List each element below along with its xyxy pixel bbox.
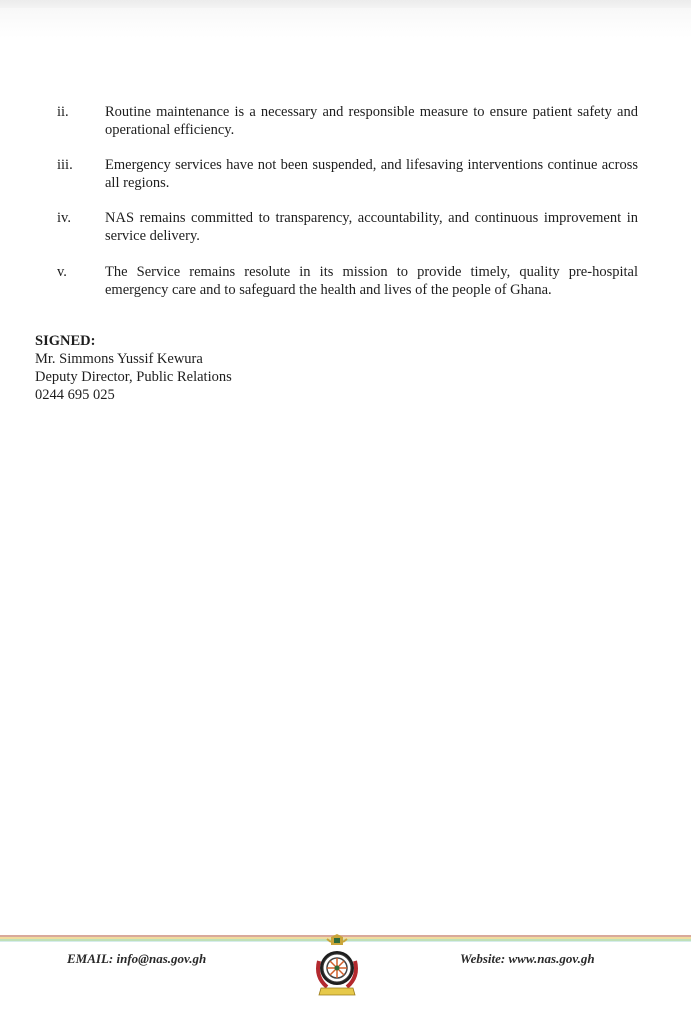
item-text: Routine maintenance is a necessary and r…: [105, 103, 638, 139]
top-shade: [0, 8, 691, 38]
signatory-phone: 0244 695 025: [35, 386, 232, 404]
item-text: Emergency services have not been suspend…: [105, 156, 638, 192]
footer-email[interactable]: EMAIL: info@nas.gov.gh: [67, 951, 206, 967]
item-numeral: iii.: [57, 156, 73, 174]
item-numeral: ii.: [57, 103, 69, 121]
footer-website[interactable]: Website: www.nas.gov.gh: [460, 951, 595, 967]
item-text: NAS remains committed to transparency, a…: [105, 209, 638, 245]
item-numeral: iv.: [57, 209, 71, 227]
signed-heading: SIGNED:: [35, 332, 232, 350]
item-numeral: v.: [57, 263, 67, 281]
signatory-name: Mr. Simmons Yussif Kewura: [35, 350, 232, 368]
item-text: The Service remains resolute in its miss…: [105, 263, 638, 299]
viewer-top-bar: [0, 0, 691, 8]
signatory-title: Deputy Director, Public Relations: [35, 368, 232, 386]
nas-emblem-icon: [309, 933, 365, 1001]
signature-block: SIGNED: Mr. Simmons Yussif Kewura Deputy…: [35, 332, 232, 404]
